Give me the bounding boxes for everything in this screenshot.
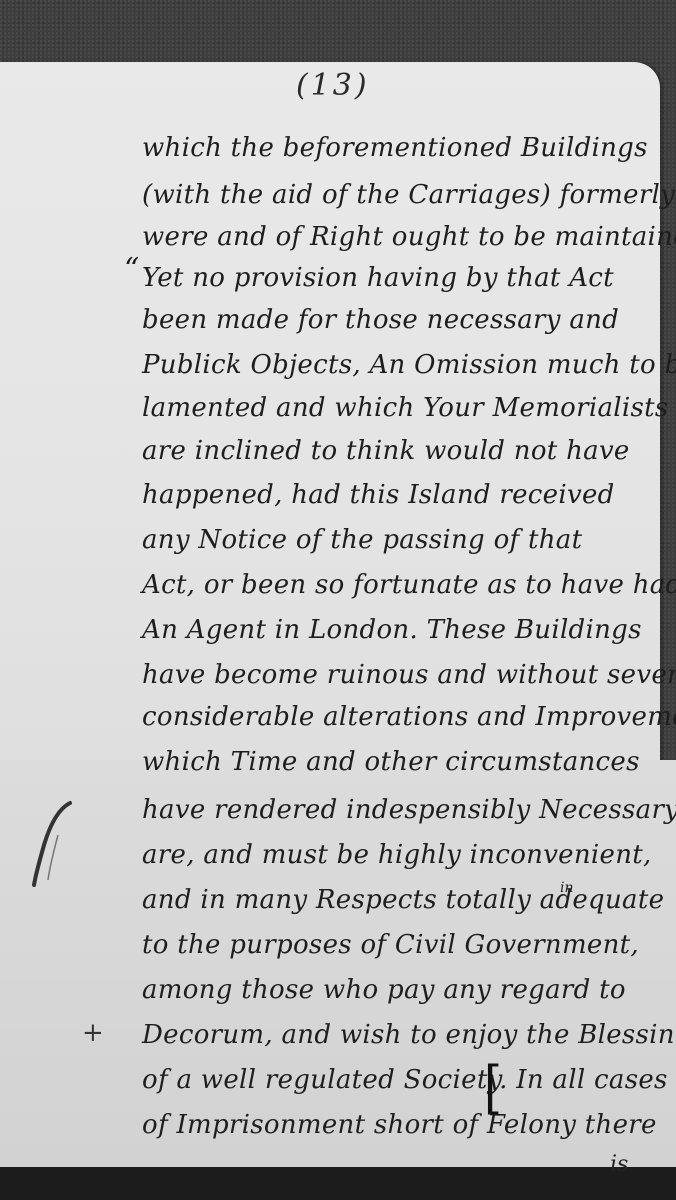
- text-line: Yet no provision having by that Act: [142, 263, 614, 293]
- text-line: are inclined to think would not have: [142, 436, 630, 466]
- text-line: of a well regulated Society. In all case…: [142, 1065, 668, 1095]
- text-line: which Time and other circumstances: [142, 747, 640, 777]
- text-line: were and of Right ought to be maintained…: [142, 222, 676, 252]
- text-line: lamented and which Your Memorialists: [142, 393, 669, 423]
- margin-cross-mark: +: [82, 1018, 104, 1048]
- text-line: to the purposes of Civil Government,: [142, 930, 639, 960]
- text-line: considerable alterations and Improvement…: [142, 702, 676, 732]
- text-line: are, and must be highly inconvenient,: [142, 840, 652, 870]
- margin-ink-stroke-icon: [28, 795, 73, 895]
- bracket-mark: [: [484, 1053, 502, 1121]
- text-line: (with the aid of the Carriages) formerly: [142, 180, 675, 210]
- text-line: of Imprisonment short of Felony there: [142, 1110, 657, 1140]
- opening-quote-mark: “: [124, 252, 139, 287]
- text-line: have rendered indespensibly Necessary,: [142, 795, 676, 825]
- text-line: Publick Objects, An Omission much to be: [142, 350, 676, 380]
- text-line: Act, or been so fortunate as to have had: [142, 570, 676, 600]
- text-line: have become ruinous and without several: [142, 660, 676, 690]
- catchword: is: [610, 1152, 628, 1177]
- text-line: and in many Respects totally adequate: [142, 885, 664, 915]
- interlinear-insertion: in: [560, 880, 574, 896]
- text-line: which the beforementioned Buildings: [142, 133, 648, 163]
- text-line: Decorum, and wish to enjoy the Blessings: [142, 1020, 676, 1050]
- text-line: An Agent in London. These Buildings: [142, 615, 642, 645]
- bottom-shadow: [0, 1167, 676, 1200]
- text-line: among those who pay any regard to: [142, 975, 626, 1005]
- text-line: any Notice of the passing of that: [142, 525, 582, 555]
- text-line: been made for those necessary and: [142, 305, 619, 335]
- page-number: (13): [296, 68, 370, 103]
- text-line: happened, had this Island received: [142, 480, 615, 510]
